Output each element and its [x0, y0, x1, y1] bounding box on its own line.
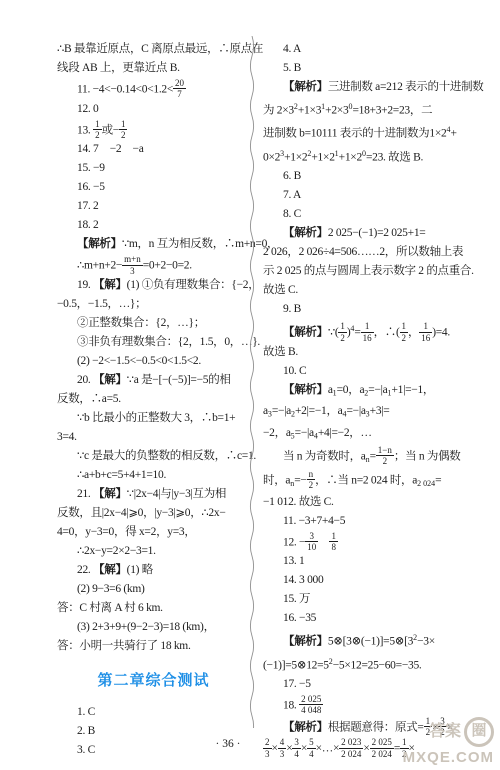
text-segment: (−1)]=5⊗12=5	[263, 659, 329, 671]
text-segment: =−|a	[272, 405, 291, 417]
text-segment: =−	[294, 474, 306, 486]
text-line: (2) 9−3=6 (km)	[57, 580, 250, 599]
text-line: ∴m+n+2−m+n3=0+2−0=2.	[57, 254, 250, 276]
page-number: · 36 ·	[0, 738, 456, 750]
bold-marker: 【解】	[93, 564, 127, 576]
text-line: ③非负有理数集合：{2，1.5，0，…}.	[57, 333, 250, 352]
text-segment: 17. 2	[77, 200, 99, 212]
answer-book-page: ∴B 最靠近原点，C 离原点最远，∴原点在线段 AB 上，更靠近点 B.11. …	[0, 0, 500, 770]
fraction: 12	[400, 321, 409, 343]
bold-marker: 【解析】	[283, 227, 328, 239]
text-line: 7. A	[263, 186, 463, 205]
text-segment: 14. 7 −2 −a	[77, 143, 144, 155]
text-segment: 11. −3+7+4−5	[283, 515, 345, 527]
text-line: 进制数 b=10111 表示的十进制数为1×24+	[263, 120, 463, 143]
subscript: 2 024	[417, 479, 435, 488]
text-line: 17. 2	[57, 197, 250, 216]
bold-marker: 【解析】	[283, 81, 328, 93]
text-line: 16. −35	[263, 609, 463, 628]
fraction: 2 0254 048	[299, 694, 323, 716]
text-line: ∴B 最靠近原点，C 离原点最远，∴原点在	[57, 40, 250, 59]
text-segment: =−|a	[368, 384, 387, 396]
text-segment: ∴B 最靠近原点，C 离原点最远，∴原点在	[57, 43, 263, 55]
text-segment: 15. 万	[283, 593, 310, 605]
left-column-lines-top: ∴B 最靠近原点，C 离原点最远，∴原点在线段 AB 上，更靠近点 B.11. …	[57, 40, 250, 656]
text-segment: 15. −9	[77, 162, 105, 174]
text-line: 9. B	[263, 300, 463, 319]
text-line: 14. 3 000	[263, 571, 463, 590]
text-line: 线段 AB 上，更靠近点 B.	[57, 59, 250, 78]
fraction-denominator: 4 048	[299, 705, 323, 715]
text-line: 答：C 村离 A 村 6 km.	[57, 599, 250, 618]
text-segment: 7. A	[283, 189, 301, 201]
text-line: 故选 B.	[263, 343, 463, 362]
text-segment: ∵(	[328, 327, 339, 339]
fraction-denominator: 3	[278, 749, 287, 759]
text-segment: +4|=−2，…	[318, 427, 372, 439]
text-segment: 16. −35	[283, 612, 316, 624]
text-segment: )=4.	[432, 327, 450, 339]
fraction-denominator: 2	[119, 130, 128, 140]
text-line: 6. B	[263, 167, 463, 186]
text-segment	[318, 536, 329, 548]
text-segment: +1×3	[298, 104, 321, 116]
text-line: 5. B	[263, 59, 463, 78]
text-segment: ③非负有理数集合：{2，1.5，0，…}.	[77, 336, 260, 348]
text-segment: −5×12=25−60=−35.	[333, 659, 422, 671]
right-column: 4. A5. B【解析】三进制数 a=212 表示的十进制数为 2×32+1×3…	[263, 40, 463, 759]
fraction-numerator: 1	[419, 321, 432, 332]
text-segment: 三进制数 a=212 表示的十进制数	[328, 81, 484, 93]
text-line: 【解析】三进制数 a=212 表示的十进制数	[263, 78, 463, 97]
bold-marker: 【解析】	[283, 721, 328, 733]
text-segment: 16. −5	[77, 181, 105, 193]
text-segment: ，	[408, 327, 419, 339]
text-segment: +1×2	[284, 151, 307, 163]
text-segment: 18.	[283, 699, 299, 711]
fraction-numerator: 1	[361, 321, 374, 332]
fraction-numerator: 1	[93, 119, 102, 130]
bold-marker: 【解】	[93, 374, 127, 386]
text-segment: 11. −4<−0.14<0<1.2<	[77, 83, 173, 95]
text-line: ∵c 是最大的负整数的相反数，∴c=1.	[57, 447, 250, 466]
text-line: 【解析】2 025−(−1)=2 025+1=	[263, 224, 463, 243]
fraction-denominator: 4	[307, 749, 316, 759]
text-line: 20. 【解】∵a 是−[−(−5)]=−5的相	[57, 371, 250, 390]
fraction-numerator: m+n	[122, 254, 143, 265]
fraction-denominator: 8	[329, 542, 338, 552]
text-segment: −0.5，−1.5，…}；	[57, 298, 146, 310]
text-line: a3=−|a2+2|=−1，a4=−|a3+3|=	[263, 402, 463, 423]
text-segment: ∵a 是−[−(−5)]=−5的相	[127, 374, 231, 386]
fraction: 18	[329, 531, 338, 553]
text-segment: 6. B	[283, 170, 301, 182]
fraction-denominator: 2 024	[370, 749, 394, 759]
text-line: 18. 2 0254 048	[263, 694, 463, 716]
text-segment: +2×3	[325, 104, 348, 116]
text-segment: −3×	[417, 636, 435, 648]
fraction-denominator: 10	[305, 542, 318, 552]
fraction: 1−n2	[376, 445, 394, 467]
fraction: 12	[93, 119, 102, 141]
brand-logo: 答案 圈	[403, 717, 494, 747]
text-segment: +3|=	[370, 405, 390, 417]
text-line: 4. A	[263, 40, 463, 59]
text-line: 11. −3+7+4−5	[263, 512, 463, 531]
text-segment: =18+3+2=23，二	[352, 104, 432, 116]
bold-marker: 【解】	[93, 488, 127, 500]
text-segment: =−|a	[295, 427, 314, 439]
text-segment: (1) ①负有理数集合：{−2，	[127, 279, 260, 291]
text-line: 【解析】5⊗[3⊗(−1)]=5⊗[32−3×	[263, 628, 463, 651]
brand-text: 答案	[429, 723, 461, 741]
text-line: 反数，∴a=5.	[57, 390, 250, 409]
column-divider-wavy-line	[248, 36, 256, 728]
fraction: 310	[305, 531, 318, 553]
text-segment: 答：小明一共骑行了 18 km.	[57, 640, 191, 652]
text-segment: ∴m+n+2−	[77, 260, 122, 272]
text-segment: ，∴(	[374, 327, 400, 339]
text-line: 故选 C.	[263, 281, 463, 300]
fraction: 12	[338, 321, 347, 343]
text-line: 10. C	[263, 362, 463, 381]
text-line: 反数，且|2x−4|⩾0，|y−3|⩾0，∴2x−	[57, 504, 250, 523]
fraction-denominator: 3	[122, 266, 143, 276]
text-segment: 5⊗[3⊗(−1)]=5⊗[3	[328, 636, 413, 648]
fraction-numerator: 20	[173, 78, 186, 89]
text-segment: ∵|2x−4|与|y−3|互为相	[127, 488, 226, 500]
text-line: (2) −2<−1.5<−0.5<0<1.5<2.	[57, 352, 250, 371]
text-segment: 21.	[77, 488, 93, 500]
fraction-denominator: 7	[173, 89, 186, 99]
text-segment: 8. C	[283, 208, 301, 220]
text-segment: 为 2×3	[263, 104, 294, 116]
fraction-denominator: 16	[419, 333, 432, 343]
text-line: 19. 【解】(1) ①负有理数集合：{−2，	[57, 276, 250, 295]
fraction-numerator: 3	[305, 531, 318, 542]
text-segment: 20.	[77, 374, 93, 386]
text-segment: 进制数 b=10111 表示的十进制数为1×2	[263, 128, 446, 140]
bold-marker: 【解析】	[283, 384, 328, 396]
text-segment: +1×2	[339, 151, 362, 163]
text-segment: ∴a+b+c=5+4+1=10.	[77, 469, 166, 481]
right-column-lines: 4. A5. B【解析】三进制数 a=212 表示的十进制数为 2×32+1×3…	[263, 40, 463, 759]
text-segment: =−|a	[346, 405, 365, 417]
text-segment: 1. C	[77, 706, 95, 718]
text-segment: +1|=−1，	[391, 384, 434, 396]
fraction-numerator: 1	[119, 119, 128, 130]
text-segment: 时，a	[263, 474, 290, 486]
text-segment: =23. 故选 B.	[366, 151, 423, 163]
text-line: 11. −4<−0.14<0<1.2<207	[57, 78, 250, 100]
text-line: 12. 0	[57, 100, 250, 119]
text-segment: +1×2	[311, 151, 334, 163]
text-line: −2，a5=−|a4+4|=−2，…	[263, 424, 463, 445]
text-segment: 反数，且|2x−4|⩾0，|y−3|⩾0，∴2x−	[57, 507, 226, 519]
bold-marker: 【解析】	[283, 327, 328, 339]
text-line: 13. 12或−12	[57, 119, 250, 141]
text-segment: 示 2 025 的点与圆周上表示数字 2 的点重合.	[263, 265, 474, 277]
text-line: 1. C	[57, 703, 250, 722]
text-line: −0.5，−1.5，…}；	[57, 295, 250, 314]
text-segment: 18. 2	[77, 219, 99, 231]
text-segment: 10. C	[283, 365, 306, 377]
text-segment: 2 026，2 026÷4=506……2，所以数轴上表	[263, 246, 463, 258]
text-segment: 3=4.	[57, 431, 77, 443]
text-segment: (1) 略	[127, 564, 153, 576]
text-segment: 故选 C.	[263, 284, 298, 296]
fraction-numerator: 1	[338, 321, 347, 332]
fraction-numerator: 1	[329, 531, 338, 542]
text-segment: ，∴当 n=2 024 时，a	[315, 474, 417, 486]
fraction: 116	[419, 321, 432, 343]
text-segment: +	[450, 128, 456, 140]
text-line: 【解析】a1=0，a2=−|a1+1|=−1，	[263, 381, 463, 402]
text-segment: 13. 1	[283, 555, 305, 567]
text-line: 15. 万	[263, 590, 463, 609]
text-line: 17. −5	[263, 675, 463, 694]
bold-marker: 【解析】	[283, 636, 328, 648]
text-line: 12. −310 18	[263, 531, 463, 553]
text-segment: (2) 9−3=6 (km)	[77, 583, 145, 595]
text-segment: ②正整数集合：{2，…}；	[77, 317, 205, 329]
left-column: ∴B 最靠近原点，C 离原点最远，∴原点在线段 AB 上，更靠近点 B.11. …	[57, 40, 250, 760]
text-line: 当 n 为奇数时，an=1−n2；当 n 为偶数	[263, 445, 463, 469]
text-segment: 5. B	[283, 62, 301, 74]
text-segment: 9. B	[283, 303, 301, 315]
text-line: 【解析】∵(12)4=116，∴(12，116)=4.	[263, 319, 463, 343]
text-segment: 17. −5	[283, 678, 311, 690]
text-segment: 或−	[102, 124, 119, 136]
watermark: 答案 圈 MXQE.COM	[403, 717, 494, 767]
text-segment: 22.	[77, 564, 93, 576]
text-line: 示 2 025 的点与圆周上表示数字 2 的点重合.	[263, 262, 463, 281]
text-line: 18. 2	[57, 216, 250, 235]
fraction-numerator: n	[307, 469, 316, 480]
text-segment: 12. 0	[77, 103, 99, 115]
section-heading: 第二章综合测试	[57, 669, 250, 690]
text-segment: ∵c 是最大的负整数的相反数，∴c=1.	[77, 450, 256, 462]
fraction: 207	[173, 78, 186, 100]
text-line: 4=0，y−3=0，得 x=2，y=3，	[57, 523, 250, 542]
text-line: ∴a+b+c=5+4+1=10.	[57, 466, 250, 485]
text-line: 8. C	[263, 205, 463, 224]
text-segment: 14. 3 000	[283, 574, 323, 586]
text-segment: 反数，∴a=5.	[57, 393, 121, 405]
text-segment: 4=0，y−3=0，得 x=2，y=3，	[57, 526, 196, 538]
text-segment: =	[435, 474, 441, 486]
text-line: 0×23+1×22+1×21+1×20=23. 故选 B.	[263, 144, 463, 167]
bold-marker: 【解析】	[77, 238, 122, 250]
text-segment: 13.	[77, 124, 93, 136]
text-segment: 2 025−(−1)=2 025+1=	[328, 227, 426, 239]
text-line: −1 012. 故选 C.	[263, 493, 463, 512]
text-segment: 答：C 村离 A 村 6 km.	[57, 602, 163, 614]
left-column-lines-bottom: 1. C2. B3. C	[57, 703, 250, 760]
fraction-denominator: 3	[263, 749, 272, 759]
text-segment: (3) 2+3+9+(9−2−3)=18 (km)，	[77, 621, 215, 633]
site-url: MXQE.COM	[403, 750, 494, 767]
bold-marker: 【解】	[93, 279, 127, 291]
text-line: 时，an=−n2，∴当 n=2 024 时，a2 024=	[263, 469, 463, 493]
text-segment: 2. B	[77, 725, 95, 737]
text-segment: −2，a	[263, 427, 291, 439]
text-segment: 19.	[77, 279, 93, 291]
text-segment: ∵b 比最小的正整数大 3，∴b=1+	[77, 412, 235, 424]
fraction-denominator: 2	[376, 456, 394, 466]
fraction-denominator: 2 024	[339, 749, 363, 759]
fraction-denominator: 2	[400, 333, 409, 343]
text-line: ②正整数集合：{2，…}；	[57, 314, 250, 333]
text-line: (3) 2+3+9+(9−2−3)=18 (km)，	[57, 618, 250, 637]
text-segment: 4. A	[283, 43, 301, 55]
fraction-denominator: 2	[307, 480, 316, 490]
fraction-denominator: 4	[292, 749, 301, 759]
fraction: 116	[361, 321, 374, 343]
fraction-denominator: 16	[361, 333, 374, 343]
text-segment: 故选 B.	[263, 346, 298, 358]
fraction: n2	[307, 469, 316, 491]
text-line: (−1)]=5⊗12=52−5×12=25−60=−35.	[263, 652, 463, 675]
text-line: 16. −5	[57, 178, 250, 197]
text-segment: (2) −2<−1.5<−0.5<0<1.5<2.	[77, 355, 201, 367]
text-line: 2 026，2 026÷4=506……2，所以数轴上表	[263, 243, 463, 262]
text-line: ∴2x−y=2×2−3=1.	[57, 542, 250, 561]
text-line: 22. 【解】(1) 略	[57, 561, 250, 580]
fraction-numerator: 1	[400, 321, 409, 332]
text-line: 13. 1	[263, 552, 463, 571]
text-segment: =0，a	[337, 384, 365, 396]
text-segment: 线段 AB 上，更靠近点 B.	[57, 62, 180, 74]
text-line: 21. 【解】∵|2x−4|与|y−3|互为相	[57, 485, 250, 504]
text-line: 答：小明一共骑行了 18 km.	[57, 637, 250, 656]
text-segment: ∴2x−y=2×2−3=1.	[77, 545, 156, 557]
fraction: m+n3	[122, 254, 143, 276]
text-segment: ；当 n 为偶数	[394, 450, 461, 462]
fraction-denominator: 2	[93, 130, 102, 140]
text-segment: 12. −	[283, 536, 305, 548]
text-segment: 当 n 为奇数时，a	[283, 450, 366, 462]
brand-circle-icon: 圈	[464, 717, 494, 747]
fraction-numerator: 2 025	[299, 694, 323, 705]
text-line: 14. 7 −2 −a	[57, 140, 250, 159]
text-segment: 0×2	[263, 151, 280, 163]
fraction: 12	[119, 119, 128, 141]
text-segment: +2|=−1，a	[295, 405, 342, 417]
text-segment: =0+2−0=2.	[143, 260, 192, 272]
text-line: 【解析】∵m，n 互为相反数，∴m+n=0，	[57, 235, 250, 254]
fraction-numerator: 1−n	[376, 445, 394, 456]
text-line: ∵b 比最小的正整数大 3，∴b=1+	[57, 409, 250, 428]
text-line: 15. −9	[57, 159, 250, 178]
text-line: 为 2×32+1×31+2×30=18+3+2=23，二	[263, 97, 463, 120]
text-line: 3=4.	[57, 428, 250, 447]
text-segment: −1 012. 故选 C.	[263, 496, 334, 508]
fraction-denominator: 2	[338, 333, 347, 343]
